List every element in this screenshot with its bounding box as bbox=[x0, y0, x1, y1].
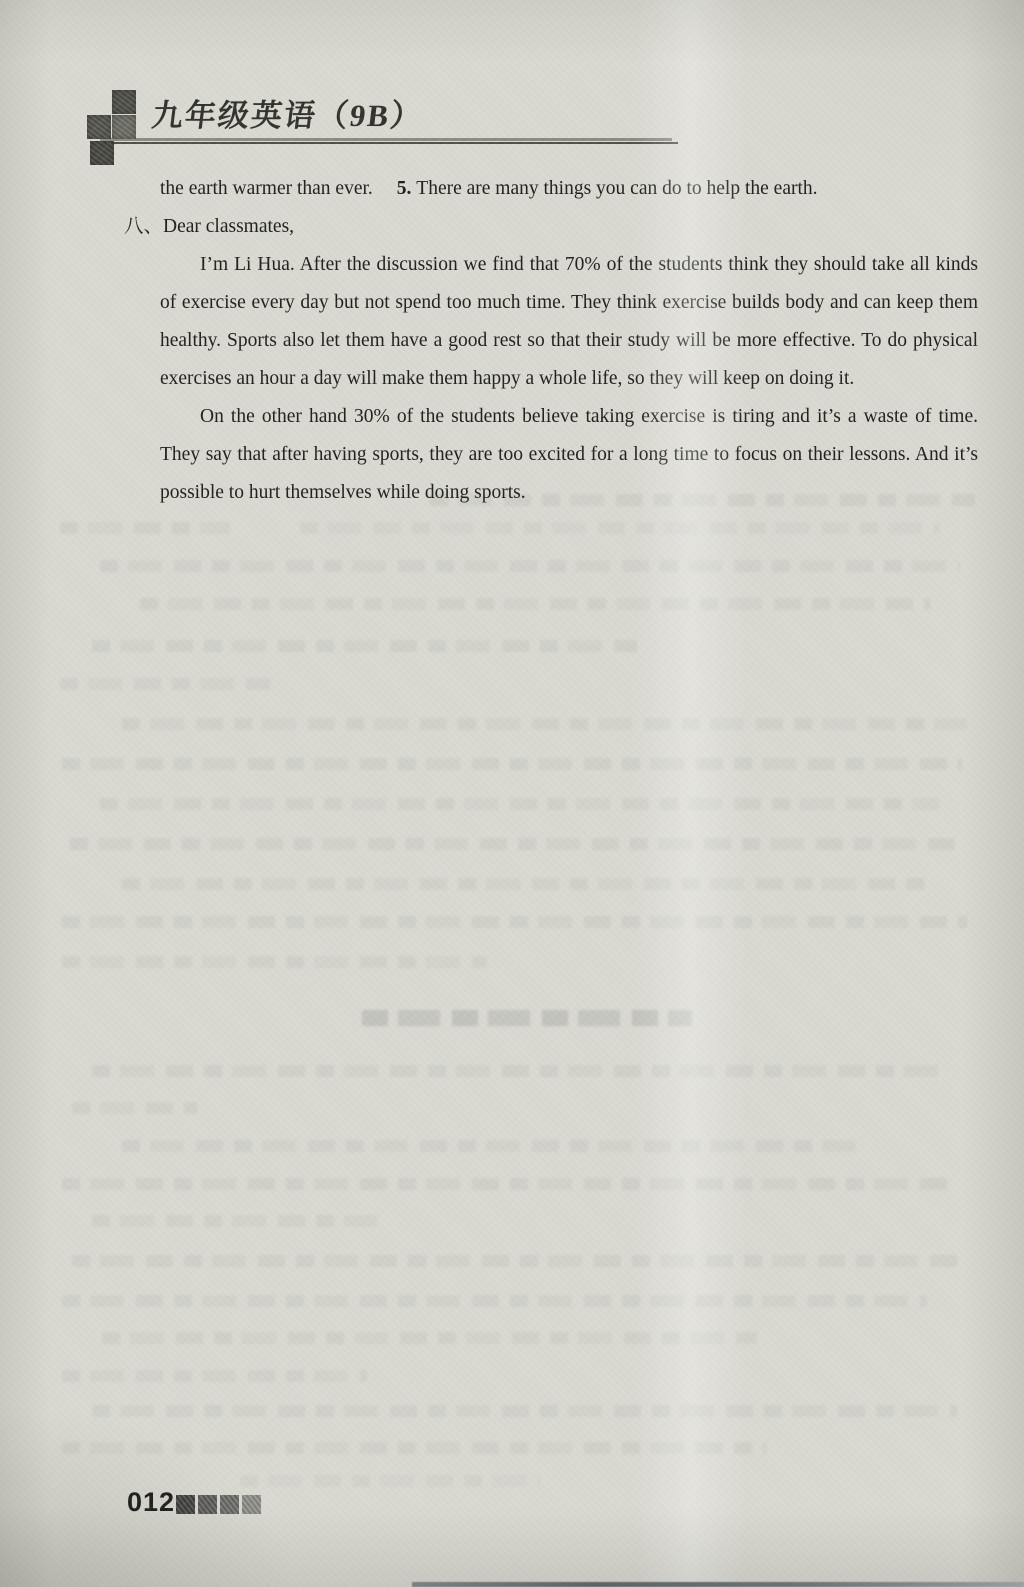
page-number: 012 bbox=[127, 1487, 175, 1518]
bleedthrough-line bbox=[62, 1178, 947, 1190]
section-opening: Dear classmates, bbox=[163, 216, 294, 237]
bleedthrough-line bbox=[122, 718, 967, 730]
header-square bbox=[112, 115, 136, 139]
bleedthrough-line bbox=[92, 1405, 957, 1417]
scan-bottom-edge bbox=[412, 1582, 1024, 1587]
bleedthrough-line bbox=[62, 956, 487, 968]
bleedthrough-line bbox=[92, 1215, 377, 1227]
bleedthrough-line bbox=[62, 1295, 927, 1307]
bleedthrough-line bbox=[60, 522, 230, 534]
footer-square bbox=[198, 1495, 217, 1514]
bleedthrough-line bbox=[92, 640, 637, 652]
header-rule-thick bbox=[100, 138, 672, 141]
bleedthrough-heading bbox=[362, 1010, 692, 1026]
bleedthrough-line bbox=[100, 560, 960, 572]
bleedthrough-line bbox=[100, 798, 940, 810]
section-eight-line: 八、Dear classmates, bbox=[124, 208, 978, 246]
bleedthrough-line bbox=[122, 1140, 867, 1152]
answer-text-block: the earth warmer than ever.5. There are … bbox=[160, 170, 978, 512]
header-square bbox=[90, 141, 114, 165]
footer-square bbox=[176, 1495, 195, 1514]
footer-square bbox=[220, 1495, 239, 1514]
continuation-text-after: There are many things you can do to help… bbox=[416, 178, 817, 199]
bleedthrough-line bbox=[240, 1475, 540, 1487]
header-square bbox=[87, 115, 111, 139]
bleedthrough-line bbox=[102, 1332, 757, 1344]
bleedthrough-line bbox=[300, 522, 940, 534]
header-rule-thin bbox=[100, 142, 678, 144]
item-number-5: 5. bbox=[397, 178, 412, 199]
bleedthrough-line bbox=[62, 1370, 367, 1382]
bleedthrough-line bbox=[72, 1102, 197, 1114]
bleedthrough-line bbox=[72, 1255, 967, 1267]
section-marker: 八、 bbox=[124, 216, 163, 237]
bleedthrough-line bbox=[92, 1065, 947, 1077]
header-square bbox=[112, 90, 136, 114]
bleedthrough-line bbox=[62, 758, 962, 770]
bleedthrough-line bbox=[62, 1442, 767, 1454]
continuation-line: the earth warmer than ever.5. There are … bbox=[160, 170, 978, 208]
bleedthrough-line bbox=[140, 598, 930, 610]
bleedthrough-line bbox=[62, 916, 967, 928]
paragraph-1: I’m Li Hua. After the discussion we find… bbox=[160, 246, 978, 398]
bleedthrough-line bbox=[70, 838, 965, 850]
continuation-text-before: the earth warmer than ever. bbox=[160, 178, 373, 199]
footer-square bbox=[242, 1495, 261, 1514]
paragraph-2: On the other hand 30% of the students be… bbox=[160, 398, 978, 512]
scanned-workbook-page: 九年级英语（9B） the earth warmer than ever.5. … bbox=[0, 0, 1024, 1587]
bleedthrough-line bbox=[60, 678, 270, 690]
book-title: 九年级英语（9B） bbox=[150, 99, 425, 133]
bleedthrough-line bbox=[122, 878, 930, 890]
